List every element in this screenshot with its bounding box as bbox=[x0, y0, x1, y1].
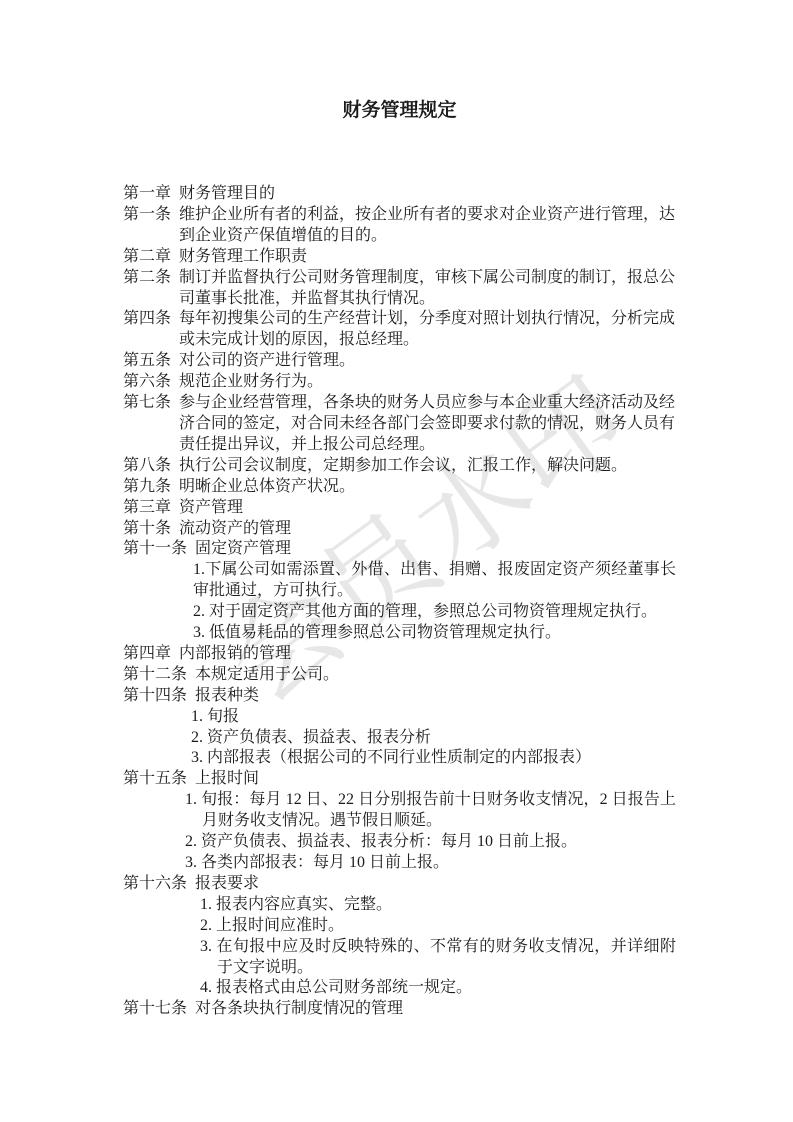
list-item-text: 2. 资产负债表、损益表、报表分析 bbox=[123, 728, 676, 749]
clause-row: 第十一条固定资产管理 bbox=[123, 539, 676, 560]
clause-text: 制订并监督执行公司财务管理制度，审核下属公司制度的制订，报总公司董事长批准，并监… bbox=[179, 268, 676, 310]
clause-text: 固定资产管理 bbox=[195, 539, 676, 560]
clause-row: 第十七条对各条块执行制度情况的管理 bbox=[123, 999, 676, 1020]
clause-text: 规范企业财务行为。 bbox=[179, 372, 676, 393]
clause-row: 第九条明晰企业总体资产状况。 bbox=[123, 477, 676, 498]
clause-text: 明晰企业总体资产状况。 bbox=[179, 477, 676, 498]
clause-text: 财务管理目的 bbox=[179, 184, 676, 205]
document-page: 会员水印 财务管理规定 第一章财务管理目的第一条维护企业所有者的利益，按企业所有… bbox=[0, 0, 793, 1122]
clause-text: 报表种类 bbox=[195, 686, 676, 707]
clause-row: 第十四条报表种类 bbox=[123, 686, 676, 707]
clause-label: 第一章 bbox=[123, 184, 171, 205]
clause-row: 第三章资产管理 bbox=[123, 498, 676, 519]
list-item-text: 3. 在旬报中应及时反映特殊的、不常有的财务收支情况，并详细附于文字说明。 bbox=[123, 937, 676, 979]
clause-text: 流动资产的管理 bbox=[179, 519, 676, 540]
list-item-text: 3. 低值易耗品的管理参照总公司物资管理规定执行。 bbox=[123, 623, 676, 644]
clause-label: 第七条 bbox=[123, 393, 171, 456]
clause-row: 第十条流动资产的管理 bbox=[123, 519, 676, 540]
clause-label: 第十二条 bbox=[123, 665, 187, 686]
clause-row: 第二条制订并监督执行公司财务管理制度，审核下属公司制度的制订，报总公司董事长批准… bbox=[123, 268, 676, 310]
clause-text: 执行公司会议制度，定期参加工作会议，汇报工作，解决问题。 bbox=[179, 456, 676, 477]
clause-label: 第三章 bbox=[123, 498, 171, 519]
clause-text: 内部报销的管理 bbox=[179, 644, 676, 665]
list-item-text: 4. 报表格式由总公司财务部统一规定。 bbox=[123, 978, 676, 999]
clause-label: 第九条 bbox=[123, 477, 171, 498]
clause-label: 第十条 bbox=[123, 519, 171, 540]
list-item-text: 1. 旬报 bbox=[123, 707, 676, 728]
list-item-text: 1. 报表内容应真实、完整。 bbox=[123, 895, 676, 916]
clause-label: 第一条 bbox=[123, 205, 171, 247]
list-item-text: 2. 上报时间应准时。 bbox=[123, 916, 676, 937]
clause-label: 第四章 bbox=[123, 644, 171, 665]
page-title: 财务管理规定 bbox=[123, 99, 676, 123]
clause-label: 第十六条 bbox=[123, 874, 187, 895]
clause-text: 本规定适用于公司。 bbox=[195, 665, 676, 686]
clause-row: 第七条参与企业经营管理，各条块的财务人员应参与本企业重大经济活动及经济合同的签定… bbox=[123, 393, 676, 456]
clause-label: 第二条 bbox=[123, 268, 171, 310]
list-item-text: 2. 对于固定资产其他方面的管理，参照总公司物资管理规定执行。 bbox=[123, 602, 676, 623]
clause-label: 第十四条 bbox=[123, 686, 187, 707]
clause-text: 资产管理 bbox=[179, 498, 676, 519]
clause-text: 上报时间 bbox=[195, 769, 676, 790]
clause-text: 维护企业所有者的利益，按企业所有者的要求对企业资产进行管理，达到企业资产保值增值… bbox=[179, 205, 676, 247]
clause-label: 第二章 bbox=[123, 247, 171, 268]
clause-text: 对公司的资产进行管理。 bbox=[179, 351, 676, 372]
clause-label: 第八条 bbox=[123, 456, 171, 477]
clause-text: 每年初搜集公司的生产经营计划，分季度对照计划执行情况，分析完成或未完成计划的原因… bbox=[179, 309, 676, 351]
clause-label: 第十七条 bbox=[123, 999, 187, 1020]
clause-label: 第六条 bbox=[123, 372, 171, 393]
clause-row: 第一条维护企业所有者的利益，按企业所有者的要求对企业资产进行管理，达到企业资产保… bbox=[123, 205, 676, 247]
list-item-text: 2. 资产负债表、损益表、报表分析：每月 10 日前上报。 bbox=[123, 832, 676, 853]
clause-label: 第五条 bbox=[123, 351, 171, 372]
clause-row: 第十二条本规定适用于公司。 bbox=[123, 665, 676, 686]
clause-row: 第一章财务管理目的 bbox=[123, 184, 676, 205]
clause-label: 第十一条 bbox=[123, 539, 187, 560]
clause-row: 第八条执行公司会议制度，定期参加工作会议，汇报工作，解决问题。 bbox=[123, 456, 676, 477]
document-body: 第一章财务管理目的第一条维护企业所有者的利益，按企业所有者的要求对企业资产进行管… bbox=[123, 184, 676, 1020]
clause-row: 第二章财务管理工作职责 bbox=[123, 247, 676, 268]
clause-text: 财务管理工作职责 bbox=[179, 247, 676, 268]
clause-row: 第六条规范企业财务行为。 bbox=[123, 372, 676, 393]
clause-label: 第十五条 bbox=[123, 769, 187, 790]
list-item-text: 1.下属公司如需添置、外借、出售、捐赠、报废固定资产须经董事长审批通过，方可执行… bbox=[123, 560, 676, 602]
clause-text: 对各条块执行制度情况的管理 bbox=[195, 999, 676, 1020]
clause-row: 第五条对公司的资产进行管理。 bbox=[123, 351, 676, 372]
clause-row: 第十五条上报时间 bbox=[123, 769, 676, 790]
clause-row: 第十六条报表要求 bbox=[123, 874, 676, 895]
clause-row: 第四条每年初搜集公司的生产经营计划，分季度对照计划执行情况，分析完成或未完成计划… bbox=[123, 309, 676, 351]
list-item-text: 3. 内部报表（根据公司的不同行业性质制定的内部报表） bbox=[123, 748, 676, 769]
clause-label: 第四条 bbox=[123, 309, 171, 351]
clause-row: 第四章内部报销的管理 bbox=[123, 644, 676, 665]
list-item-text: 3. 各类内部报表：每月 10 日前上报。 bbox=[123, 853, 676, 874]
clause-text: 报表要求 bbox=[195, 874, 676, 895]
clause-text: 参与企业经营管理，各条块的财务人员应参与本企业重大经济活动及经济合同的签定，对合… bbox=[179, 393, 676, 456]
list-item-text: 1. 旬报：每月 12 日、22 日分别报告前十日财务收支情况，2 日报告上月财… bbox=[123, 790, 676, 832]
